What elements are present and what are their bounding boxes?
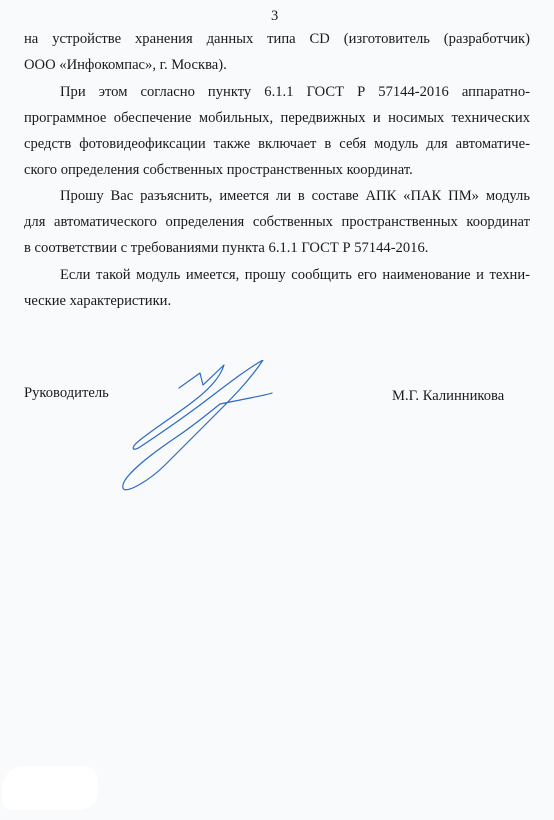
document-page: 3 на устройстве хранения данных типа CD … [0,0,554,820]
signatory-name: М.Г. Калинникова [392,388,504,405]
paragraph-4-line-2: ческие характеристики. [24,293,530,310]
paragraph-4-line-1: Если такой модуль имеется, прошу сообщит… [60,267,530,284]
page-number: 3 [271,8,278,24]
paragraph-2-line-2: программное обеспечение мобильных, перед… [24,110,530,127]
position-title: Руководитель [24,385,109,402]
paragraph-2-line-3: средств фотовидеофиксации также включает… [24,136,530,153]
handwritten-signature [100,360,300,500]
paragraph-1-line-1: на устройстве хранения данных типа CD (и… [24,31,530,48]
paragraph-3-line-2: для автоматического определения собствен… [24,214,530,231]
redaction-mark [2,766,98,810]
paragraph-2-line-4: ского определения собственных пространст… [24,162,530,179]
paragraph-1-line-2: ООО «Инфокомпас», г. Москва). [24,57,530,74]
paragraph-2-line-1: При этом согласно пункту 6.1.1 ГОСТ Р 57… [60,84,530,101]
paragraph-3-line-1: Прошу Вас разъяснить, имеется ли в соста… [60,188,530,205]
paragraph-3-line-3: в соответствии с требованиями пункта 6.1… [24,240,530,257]
